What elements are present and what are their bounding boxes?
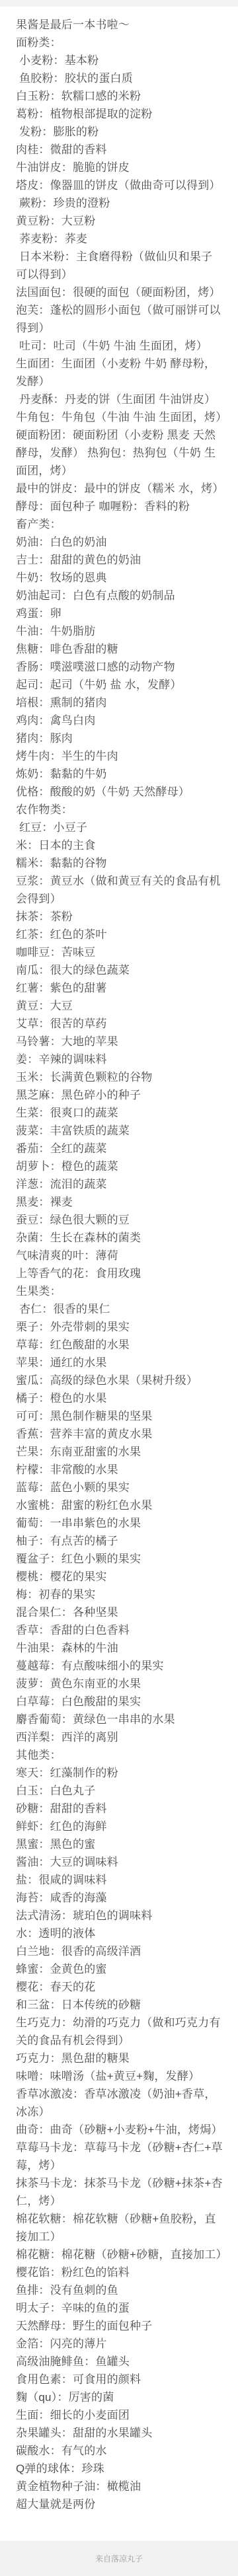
glossary-item: 天然酵母：野生的面包种子 xyxy=(16,2317,223,2335)
glossary-item: 黄豆粉：大豆粉 xyxy=(16,212,223,230)
glossary-item: 鱼排：没有鱼刺的鱼 xyxy=(16,2281,223,2299)
glossary-item: 鸡蛋：卵 xyxy=(16,605,223,622)
glossary-item: 海苔：咸香的海藻 xyxy=(16,1889,223,1907)
glossary-item: 棉花软糖：棉花软糖（砂糖+鱼胶粉，直接加工） xyxy=(16,2210,223,2246)
glossary-item: 樱花：春天的花 xyxy=(16,1978,223,1996)
glossary-item: 红茶：红色的茶叶 xyxy=(16,926,223,943)
glossary-item: 菠萝：黄色东南亚的水果 xyxy=(16,1675,223,1693)
glossary-item: 生面：细长的小麦面团 xyxy=(16,2406,223,2424)
glossary-item: 生菜：很爽口的蔬菜 xyxy=(16,1104,223,1122)
glossary-item: 酱油：大豆的调味料 xyxy=(16,1853,223,1871)
glossary-item: 抹茶：茶粉 xyxy=(16,908,223,926)
glossary-item: 味噌：味噌汤（盐+黄豆+麴，发酵） xyxy=(16,2067,223,2085)
glossary-item: 猪肉：豚肉 xyxy=(16,729,223,747)
sections-container: 面粉类： 小麦粉：基本粉 鱼胶粉：胶状的蛋白质白玉粉：软糯口感的米粉葛粉：植物根… xyxy=(16,34,223,2495)
top-strip xyxy=(0,0,238,7)
glossary-item: 生面团：生面团（小麦粉 牛奶 酵母粉，发酵） xyxy=(16,355,223,390)
glossary-item: 黄豆：大豆 xyxy=(16,997,223,1015)
glossary-item: 杂果罐头：甜甜的水果罐头 xyxy=(16,2424,223,2442)
post-body: 果酱是最后一本书啦～ 面粉类： 小麦粉：基本粉 鱼胶粉：胶状的蛋白质白玉粉：软糯… xyxy=(0,7,238,2541)
glossary-item: 奶油起司：白色有点酸的奶制品 xyxy=(16,587,223,605)
glossary-item: 小麦粉：基本粉 xyxy=(16,52,223,69)
glossary-item: 法式清汤：琥珀色的调味料 xyxy=(16,1907,223,1925)
glossary-item: 咖啡豆：苦味豆 xyxy=(16,943,223,961)
glossary-item: 鸡肉：禽鸟白肉 xyxy=(16,712,223,729)
section-title: 面粉类： xyxy=(16,34,223,52)
glossary-item: 蓝莓：蓝色小颗的果实 xyxy=(16,1479,223,1496)
glossary-item: 烤牛肉：半生的牛肉 xyxy=(16,747,223,765)
glossary-item: 可可：黑色制作糖果的坚果 xyxy=(16,1407,223,1425)
glossary-item: 和三盆：日本传统的砂糖 xyxy=(16,1996,223,2014)
glossary-item: 鲜虾：红色的海鲜 xyxy=(16,1818,223,1835)
glossary-item: 寒天：红藻制作的粉 xyxy=(16,1764,223,1782)
glossary-item: 明太子：辛味的鱼的蛋 xyxy=(16,2299,223,2317)
glossary-item: 牛奶：牧场的恩典 xyxy=(16,569,223,587)
glossary-item: 酵母：面包种子 咖喱粉：香料的粉 xyxy=(16,497,223,515)
glossary-item: 混合果仁：各种坚果 xyxy=(16,1603,223,1621)
glossary-item: 番茄：全红的蔬菜 xyxy=(16,1140,223,1158)
glossary-item: 芒果：东南亚甜蜜的水果 xyxy=(16,1443,223,1461)
glossary-item: 黑麦：裸麦 xyxy=(16,1193,223,1211)
glossary-item: 杏仁：很香的果仁 xyxy=(16,1300,223,1318)
glossary-item: 吉士：甜甜的黄色的奶油 xyxy=(16,551,223,569)
glossary-item: 砂糖：甜甜的香料 xyxy=(16,1800,223,1818)
glossary-item: 栗子：外壳带刺的果实 xyxy=(16,1318,223,1336)
glossary-item: 高级油腌鲱鱼：鱼罐头 xyxy=(16,2353,223,2371)
glossary-item: 杂菌：生长在森林的菌类 xyxy=(16,1229,223,1247)
glossary-item: 白玉粉：软糯口感的米粉 xyxy=(16,87,223,105)
glossary-item: 棉花糖：棉花糖（砂糖+砂糖，直接加工） xyxy=(16,2246,223,2263)
glossary-item: 水：透明的液体 xyxy=(16,1925,223,1942)
glossary-item: 草莓：红色酸甜的水果 xyxy=(16,1336,223,1354)
glossary-item: 葛粉：植物根部提取的淀粉 xyxy=(16,105,223,123)
section-title: 其他类： xyxy=(16,1746,223,1764)
glossary-item: Q弹的球体：珍珠 xyxy=(16,2460,223,2478)
glossary-item: 香草：香甜的白色香料 xyxy=(16,1621,223,1639)
glossary-item: 鱼胶粉：胶状的蛋白质 xyxy=(16,69,223,87)
glossary-item: 菠菜：丰富铁质的蔬菜 xyxy=(16,1122,223,1140)
glossary-item: 米：日本的主食 xyxy=(16,836,223,854)
glossary-item: 香肠：噗滋噗滋口感的动物产物 xyxy=(16,658,223,676)
glossary-item: 上等香气的花：食用玫瑰 xyxy=(16,1265,223,1282)
glossary-item: 白草莓：白色酸甜的果实 xyxy=(16,1693,223,1711)
intro-line: 果酱是最后一本书啦～ xyxy=(16,16,223,34)
glossary-item: 蕨粉：珍贵的澄粉 xyxy=(16,194,223,212)
glossary-item: 香草冰激凌：香草冰激凌（奶油+香草，冰冻） xyxy=(16,2085,223,2121)
glossary-item: 蚕豆：绿色很大颗的豆 xyxy=(16,1211,223,1229)
footer: 来自落凉丸子 xyxy=(0,2541,238,2576)
glossary-item: 焦糖：啡色香甜的糖 xyxy=(16,640,223,658)
glossary-item: 生巧克力：幼滑的巧克力（做和巧克力有关的食品有机会得到） xyxy=(16,2014,223,2049)
glossary-item: 吐司：吐司（牛奶 牛油 生面团，烤） xyxy=(16,337,223,355)
glossary-item: 优格：酸酸的奶（牛奶 天然酵母） xyxy=(16,783,223,801)
glossary-item: 食用色素：可食用的颜料 xyxy=(16,2371,223,2388)
glossary-item: 西洋梨：西洋的离别 xyxy=(16,1728,223,1746)
glossary-item: 胡萝卜：橙色的蔬菜 xyxy=(16,1158,223,1175)
glossary-item: 肉桂：微甜的香料 xyxy=(16,141,223,159)
glossary-item: 洋葱：流泪的蔬菜 xyxy=(16,1175,223,1193)
section-title: 畜产类： xyxy=(16,515,223,533)
glossary-item: 硬面粉团：硬面粉团（小麦粉 黑麦 天然酵母，发酵） 热狗包：热狗包（牛奶 生面团… xyxy=(16,426,223,480)
glossary-item: 盐：很咸的调味料 xyxy=(16,1871,223,1889)
glossary-item: 南瓜：很大的绿色蔬菜 xyxy=(16,961,223,979)
glossary-item: 气味清爽的叶：薄荷 xyxy=(16,1247,223,1265)
glossary-item: 姜：辛辣的调味料 xyxy=(16,1050,223,1068)
glossary-item: 巧克力：黑色甜的糖果 xyxy=(16,2049,223,2067)
glossary-item: 塔皮：像器皿的饼皮（做曲奇可以得到） xyxy=(16,176,223,194)
glossary-item: 梅：初春的果实 xyxy=(16,1586,223,1603)
glossary-item: 白兰地：很香的高级洋酒 xyxy=(16,1942,223,1960)
attribution-text: 来自落凉丸子 xyxy=(95,2553,143,2564)
glossary-item: 麝香葡萄：黄绿色一串串的水果 xyxy=(16,1711,223,1728)
glossary-item: 柚子：有点苦的橘子 xyxy=(16,1532,223,1550)
glossary-item: 牛油：牛奶脂肪 xyxy=(16,622,223,640)
glossary-item: 日本米粉：主食磨得粉（做仙贝和果子可以得到） xyxy=(16,248,223,283)
glossary-item: 樱桃：樱花的果实 xyxy=(16,1568,223,1586)
glossary-item: 玉米：长满黄色颗粒的谷物 xyxy=(16,1068,223,1086)
glossary-item: 起司：起司（牛奶 盐 水，发酵） xyxy=(16,676,223,694)
glossary-item: 葡萄：一串串紫色的水果 xyxy=(16,1514,223,1532)
glossary-item: 牛油饼皮：脆脆的饼皮 xyxy=(16,159,223,176)
outro-line: 超大量就是两份 xyxy=(16,2495,223,2513)
glossary-item: 发粉：膨胀的粉 xyxy=(16,123,223,141)
glossary-item: 艾草：很苦的草药 xyxy=(16,1015,223,1033)
glossary-item: 草莓马卡龙：草莓马卡龙（砂糖+杏仁+草莓，烤） xyxy=(16,2139,223,2174)
glossary-item: 红薯：紫色的甜薯 xyxy=(16,979,223,997)
glossary-item: 覆盆子：红色小颗的果实 xyxy=(16,1550,223,1568)
glossary-item: 培根：熏制的猪肉 xyxy=(16,694,223,712)
glossary-item: 抹茶马卡龙：抹茶马卡龙（砂糖+抹茶+杏仁，烤） xyxy=(16,2174,223,2210)
section-title: 生果类： xyxy=(16,1282,223,1300)
glossary-item: 白玉：白色丸子 xyxy=(16,1782,223,1800)
glossary-item: 橘子：橙色的水果 xyxy=(16,1389,223,1407)
glossary-item: 奶油：白色的奶油 xyxy=(16,533,223,551)
glossary-item: 曲奇：曲奇（砂糖+小麦粉+牛油，烤焗） xyxy=(16,2121,223,2139)
glossary-item: 马铃薯：大地的苹果 xyxy=(16,1033,223,1050)
glossary-item: 碳酸水：有气的水 xyxy=(16,2442,223,2460)
glossary-item: 苹果：通红的水果 xyxy=(16,1354,223,1372)
glossary-item: 水蜜桃：甜蜜的粉红色水果 xyxy=(16,1496,223,1514)
glossary-item: 最中的饼皮：最中的饼皮（糯米 水，烤） xyxy=(16,480,223,497)
glossary-item: 法国面包：很硬的面包（硬面粉团，烤） xyxy=(16,283,223,301)
glossary-item: 糯米：黏黏的谷物 xyxy=(16,854,223,872)
glossary-item: 牛油果：森林的牛油 xyxy=(16,1639,223,1657)
glossary-item: 麴（qu）：厉害的菌 xyxy=(16,2388,223,2406)
glossary-item: 黑芝麻：黑色碎小的种子 xyxy=(16,1086,223,1104)
glossary-item: 蔓越莓：有点酸味细小的果实 xyxy=(16,1657,223,1675)
glossary-item: 金箔：闪亮的薄片 xyxy=(16,2335,223,2353)
glossary-item: 荞麦粉：荞麦 xyxy=(16,230,223,248)
glossary-item: 丹麦酥：丹麦的饼（生面团 牛油饼皮） xyxy=(16,390,223,408)
glossary-item: 黑蜜：黑色的蜜 xyxy=(16,1835,223,1853)
glossary-item: 樱花馅：粉红色的馅料 xyxy=(16,2263,223,2281)
glossary-item: 蜂蜜：金黄色的蜜 xyxy=(16,1960,223,1978)
glossary-item: 泡芙：蓬松的圆形小面包（做可丽饼可以得到） xyxy=(16,301,223,337)
glossary-item: 香蕉：营养丰富的黄皮水果 xyxy=(16,1425,223,1443)
glossary-item: 蜜瓜：高级的绿色水果（果树升级） xyxy=(16,1372,223,1389)
glossary-item: 牛角包：牛角包（牛油 牛油 生面团，烤） xyxy=(16,408,223,426)
glossary-item: 柠檬：非常酸的水果 xyxy=(16,1461,223,1479)
glossary-item: 红豆：小豆子 xyxy=(16,819,223,836)
glossary-item: 炼奶：黏黏的牛奶 xyxy=(16,765,223,783)
glossary-item: 豆浆：黄豆水（做和黄豆有关的食品有机会得到） xyxy=(16,872,223,908)
glossary-item: 黄金植物种子油：橄榄油 xyxy=(16,2478,223,2495)
section-title: 农作物类： xyxy=(16,801,223,819)
